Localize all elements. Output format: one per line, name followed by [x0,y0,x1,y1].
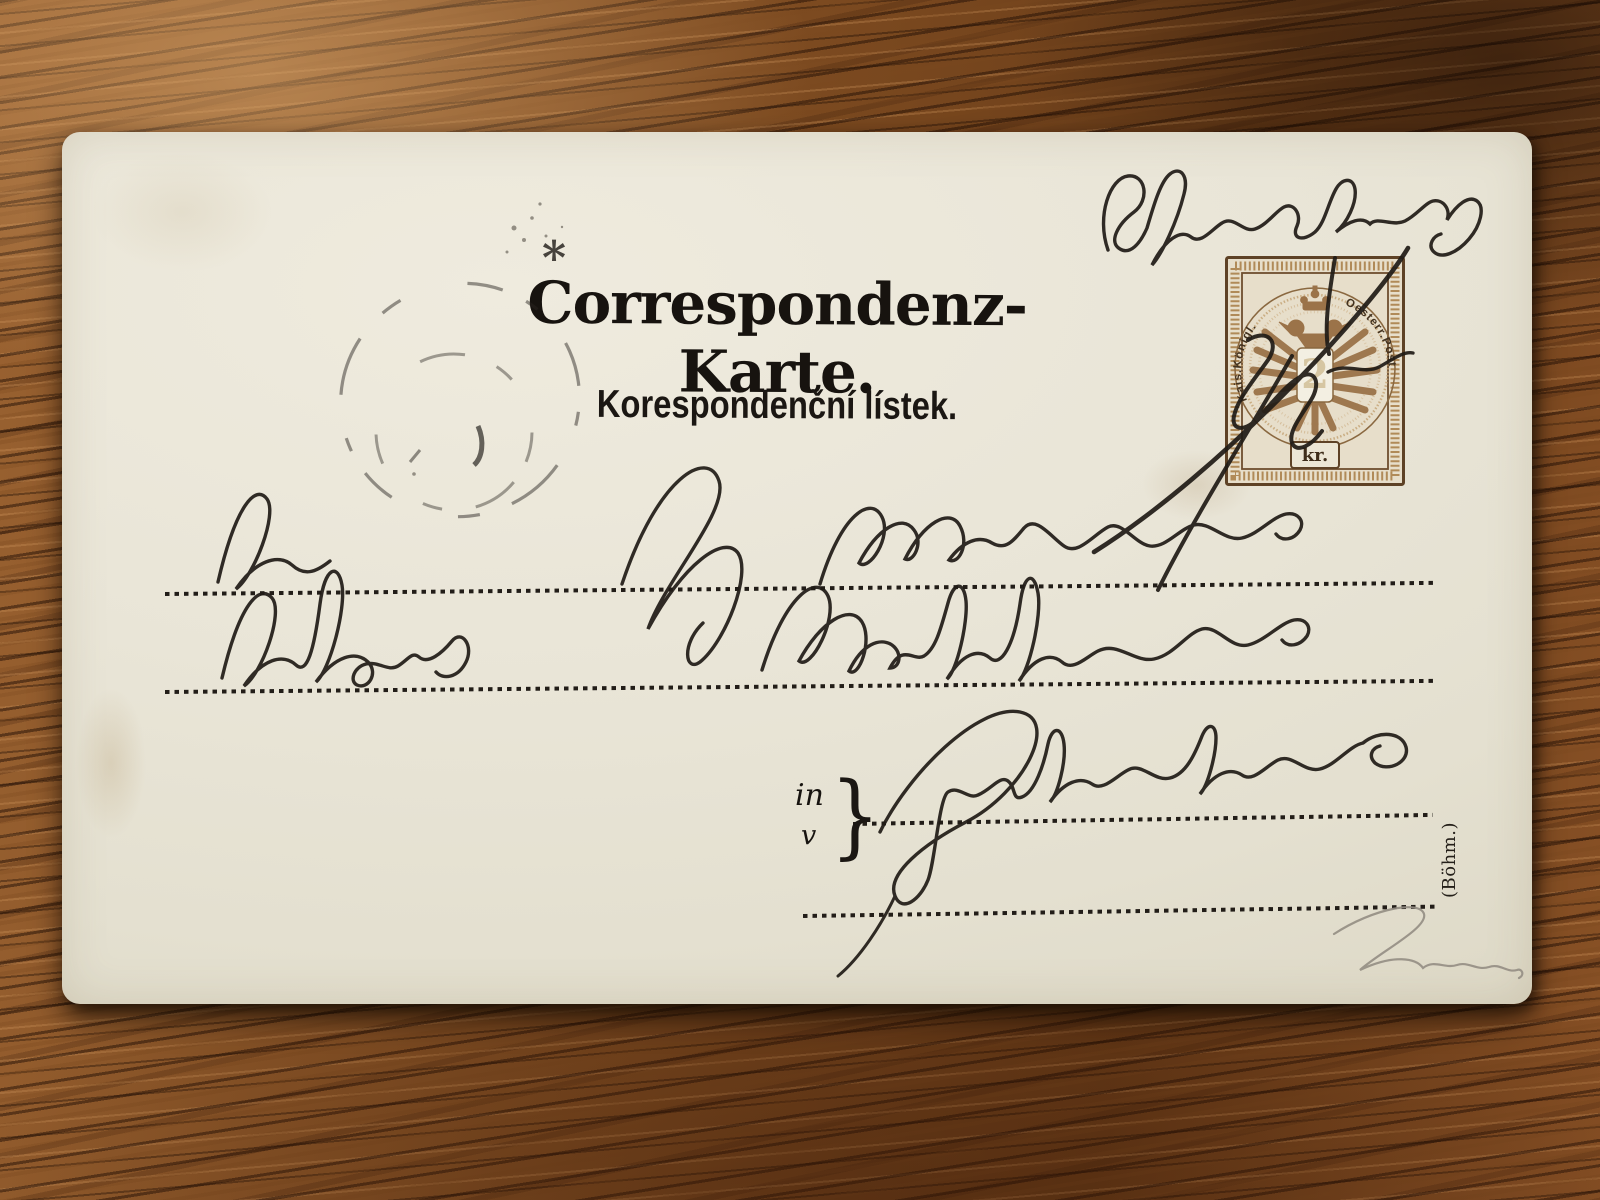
address-dotted-line-4 [803,905,1437,918]
card-subtitle-czech: Korespondenční lístek. [517,382,1038,429]
imprinted-stamp: 2 kr. Kais.Königl. Oesterr.Post [1225,256,1405,486]
address-dotted-line-1 [165,581,1433,596]
address-prefix-group: in v } [786,776,856,872]
stain-left-edge [76,688,146,838]
address-dotted-line-3 [853,813,1433,826]
stain-top-left-corner [92,152,272,272]
prefix-brace: } [830,762,880,869]
address-dotted-line-2 [165,679,1433,694]
handwriting-pencil-signature [1334,907,1522,978]
handwriting-address-line-3 [838,711,1406,976]
handwriting-eisenberg [1104,171,1482,265]
stamp-currency-label: kr. [1302,445,1329,466]
handwriting-address-line-1 [218,468,1302,664]
region-label-boehm: (Böhm.) [1439,812,1461,908]
prefix-in-label: in [795,778,824,813]
stamp-denomination: 2 [1301,351,1329,398]
prefix-v-label: v [801,820,816,851]
correspondence-card: Correspondenz-Karte. Korespondenční líst… [62,132,1532,1004]
